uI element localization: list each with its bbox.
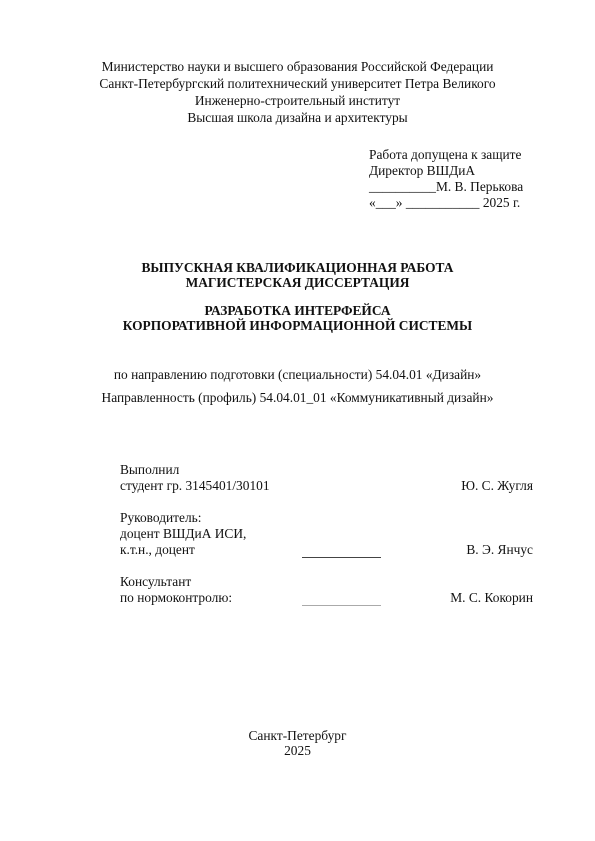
supervisor-degree: к.т.н., доцент (120, 542, 195, 558)
student-group: студент гр. 3145401/30101 (120, 478, 270, 494)
footer-year: 2025 (0, 743, 595, 759)
header-institute: Инженерно-строительный институт (0, 92, 595, 109)
approval-date: «___» ___________ 2025 г. (369, 195, 520, 211)
direction-specialty: по направлению подготовки (специальности… (0, 367, 595, 383)
header-university: Санкт-Петербургский политехнический унив… (0, 75, 595, 92)
topic-line2: КОРПОРАТИВНОЙ ИНФОРМАЦИОННОЙ СИСТЕМЫ (0, 318, 595, 334)
approval-director-signature: __________М. В. Перькова (369, 179, 523, 195)
supervisor-role-label: Руководитель: (120, 510, 202, 526)
work-type-line1: ВЫПУСКНАЯ КВАЛИФИКАЦИОННАЯ РАБОТА (0, 260, 595, 276)
supervisor-name: В. Э. Янчус (466, 542, 533, 558)
approval-admitted: Работа допущена к защите (369, 147, 521, 163)
work-type-line2: МАГИСТЕРСКАЯ ДИССЕРТАЦИЯ (0, 275, 595, 291)
header-school: Высшая школа дизайна и архитектуры (0, 109, 595, 126)
student-role-label: Выполнил (120, 462, 179, 478)
supervisor-signature-line (302, 557, 381, 558)
header-ministry: Министерство науки и высшего образования… (0, 58, 595, 75)
consultant-role-label: Консультант (120, 574, 191, 590)
consultant-area: по нормоконтролю: (120, 590, 232, 606)
footer-city: Санкт-Петербург (0, 728, 595, 744)
consultant-signature-line (302, 605, 381, 606)
supervisor-position: доцент ВШДиА ИСИ, (120, 526, 246, 542)
direction-profile: Направленность (профиль) 54.04.01_01 «Ко… (0, 390, 595, 406)
approval-director: Директор ВШДиА (369, 163, 475, 179)
consultant-name: М. С. Кокорин (450, 590, 533, 606)
topic-line1: РАЗРАБОТКА ИНТЕРФЕЙСА (0, 303, 595, 319)
student-name: Ю. С. Жугля (461, 478, 533, 494)
